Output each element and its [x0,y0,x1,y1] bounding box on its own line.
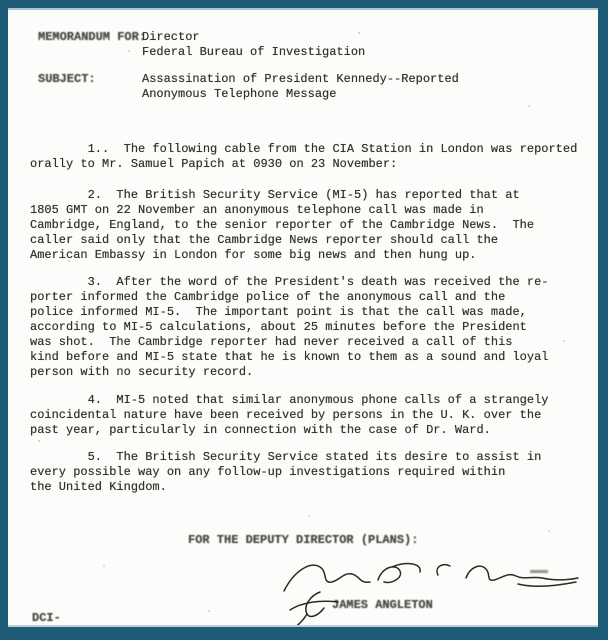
deputy-director-line: FOR THE DEPUTY DIRECTOR (PLANS): [188,533,418,548]
memo-for-value: Director Federal Bureau of Investigation [142,30,365,60]
memo-page: MEMORANDUM FOR: Director Federal Bureau … [8,8,598,627]
reference-mark: DCI- [32,611,61,626]
typed-signer-name: JAMES ANGLETON [332,598,433,613]
paragraph-5: 5. The British Security Service stated i… [30,450,541,495]
subject-value: Assassination of President Kennedy--Repo… [142,72,459,102]
paragraph-1: 1.. The following cable from the CIA Sta… [30,142,577,172]
paragraph-4: 4. MI-5 noted that similar anonymous pho… [30,393,548,438]
memo-for-label: MEMORANDUM FOR: [38,30,146,45]
scan-speckles [8,10,10,12]
paragraph-3: 3. After the word of the President's dea… [30,275,548,380]
paragraph-2: 2. The British Security Service (MI-5) h… [30,188,534,263]
subject-label: SUBJECT: [38,72,96,87]
document-frame: MEMORANDUM FOR: Director Federal Bureau … [0,0,608,640]
